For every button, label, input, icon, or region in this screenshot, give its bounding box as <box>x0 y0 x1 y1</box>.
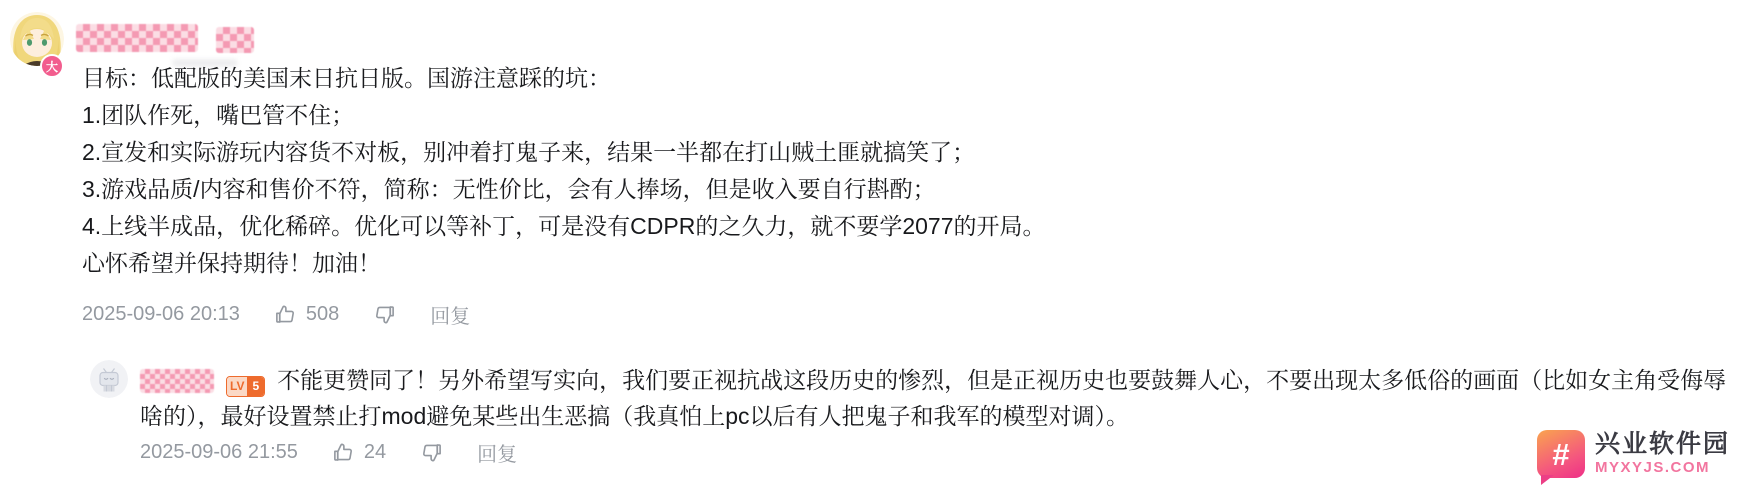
site-watermark-text: 兴业软件园 MYXYJS.COM <box>1595 431 1730 477</box>
site-logo-glyph: # <box>1552 439 1569 470</box>
reply-username-redacted[interactable] <box>140 369 214 393</box>
site-name: 兴业软件园 <box>1595 431 1730 459</box>
member-level-badge: 大 <box>40 54 64 78</box>
comment-line: 1.团队作死，嘴巴管不住； <box>82 97 1046 134</box>
comment-meta-row: 2025-09-06 20:13 508 回复 <box>82 300 470 329</box>
level-badge-number: 5 <box>247 377 264 396</box>
default-avatar-icon <box>90 360 128 398</box>
reply-text: 不能更赞同了！另外希望写实向，我们要正视抗战这段历史的惨烈，但是正视历史也要鼓舞… <box>140 367 1726 429</box>
username-redacted[interactable] <box>76 24 198 52</box>
site-watermark: # 兴业软件园 MYXYJS.COM <box>1537 430 1730 478</box>
timestamp: 2025-09-06 20:13 <box>82 303 240 326</box>
thumbs-down-icon <box>420 441 443 464</box>
comment-line: 2.宣发和实际游玩内容货不对板，别冲着打鬼子来，结果一半都在打山贼土匪就搞笑了； <box>82 134 1046 171</box>
level-badge: LV5 <box>226 376 265 397</box>
level-badge-lv: LV <box>227 377 247 396</box>
username-tag-redacted <box>216 27 254 53</box>
reply-timestamp: 2025-09-06 21:55 <box>140 441 298 464</box>
comment-line: 3.游戏品质/内容和售价不符，简称：无性价比，会有人捧场，但是收入要自行斟酌； <box>82 171 1046 208</box>
site-logo-icon: # <box>1537 430 1585 478</box>
reply-dislike-button[interactable] <box>420 441 443 464</box>
site-domain: MYXYJS.COM <box>1595 459 1730 477</box>
thumbs-up-icon <box>274 303 297 326</box>
reply-like-button[interactable]: 24 <box>332 441 386 464</box>
comment-section: 大 目标：低配版的美国末日抗日版。国游注意踩的坑： 1.团队作死，嘴巴管不住； … <box>0 0 1742 486</box>
reply-like-count: 24 <box>364 441 386 464</box>
comment-line: 心怀希望并保持期待！加油！ <box>82 245 1046 282</box>
thumbs-down-icon <box>373 303 396 326</box>
reply-meta-row: 2025-09-06 21:55 24 回复 <box>140 438 517 467</box>
reply-avatar[interactable] <box>90 360 128 398</box>
reply-reply-button[interactable]: 回复 <box>477 438 517 467</box>
like-button[interactable]: 508 <box>274 303 339 326</box>
dislike-button[interactable] <box>373 303 396 326</box>
comment-line: 4.上线半成品，优化稀碎。优化可以等补丁，可是没有CDPR的之久力，就不要学20… <box>82 208 1046 245</box>
member-badge-label: 大 <box>46 58 58 75</box>
comment-line: 目标：低配版的美国末日抗日版。国游注意踩的坑： <box>82 60 1046 97</box>
like-count: 508 <box>306 303 339 326</box>
reply-comment: LV5不能更赞同了！另外希望写实向，我们要正视抗战这段历史的惨烈，但是正视历史也… <box>140 362 1730 434</box>
comment-text: 目标：低配版的美国末日抗日版。国游注意踩的坑： 1.团队作死，嘴巴管不住； 2.… <box>82 60 1046 282</box>
reply-button[interactable]: 回复 <box>430 300 470 329</box>
thumbs-up-icon <box>332 441 355 464</box>
